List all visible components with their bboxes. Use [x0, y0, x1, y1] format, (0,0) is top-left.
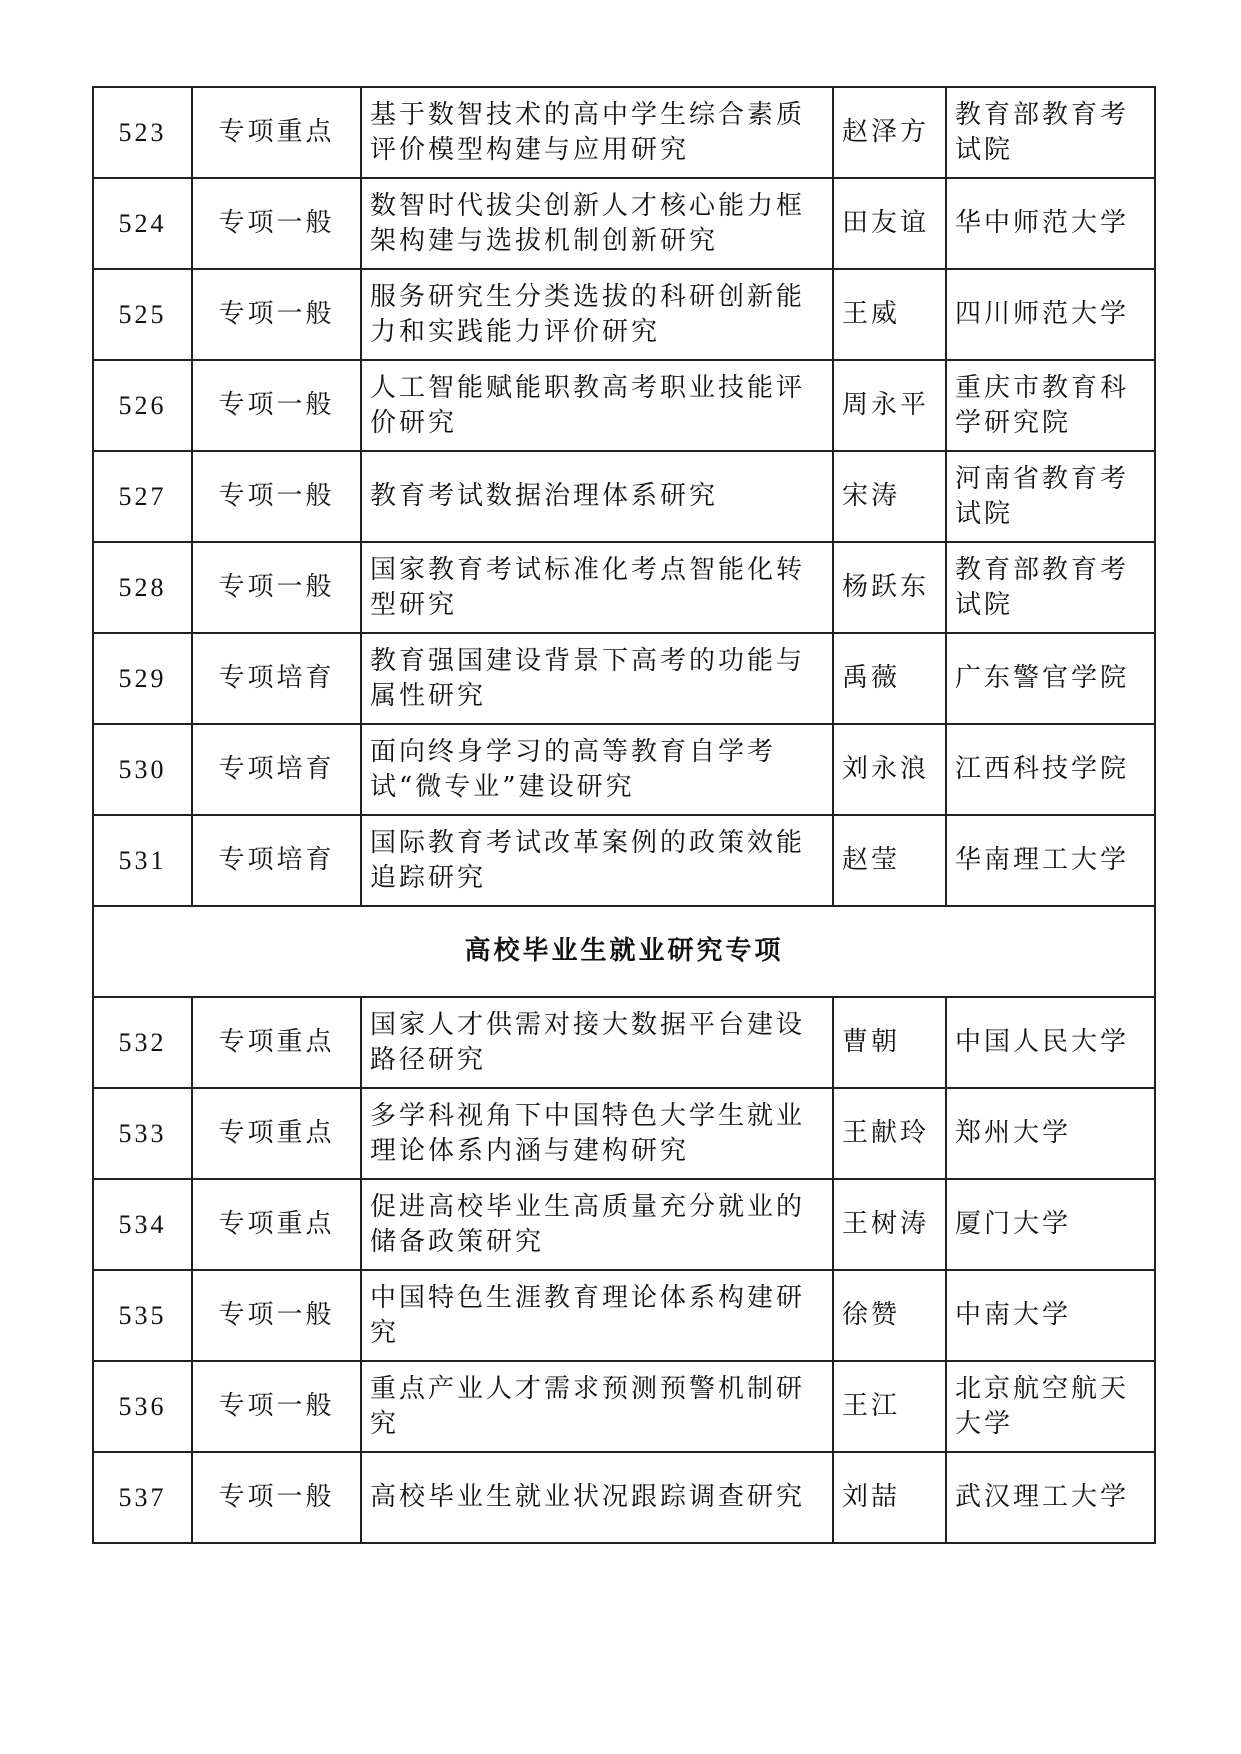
cell-institution: 武汉理工大学	[946, 1452, 1155, 1543]
table-row: 537 专项一般 高校毕业生就业状况跟踪调查研究 刘喆 武汉理工大学	[93, 1452, 1155, 1543]
cell-number: 536	[93, 1361, 192, 1452]
cell-institution: 华中师范大学	[946, 178, 1155, 269]
cell-principal: 刘喆	[833, 1452, 946, 1543]
cell-category: 专项培育	[192, 815, 361, 906]
cell-category: 专项一般	[192, 178, 361, 269]
cell-project-title: 服务研究生分类选拔的科研创新能力和实践能力评价研究	[361, 269, 833, 360]
cell-number: 524	[93, 178, 192, 269]
table-row: 526 专项一般 人工智能赋能职教高考职业技能评价研究 周永平 重庆市教育科学研…	[93, 360, 1155, 451]
section-header-group: 高校毕业生就业研究专项	[93, 906, 1155, 997]
cell-principal: 王威	[833, 269, 946, 360]
cell-institution: 华南理工大学	[946, 815, 1155, 906]
table-row: 527 专项一般 教育考试数据治理体系研究 宋涛 河南省教育考试院	[93, 451, 1155, 542]
cell-number: 530	[93, 724, 192, 815]
cell-institution: 河南省教育考试院	[946, 451, 1155, 542]
table-row: 531 专项培育 国际教育考试改革案例的政策效能追踪研究 赵莹 华南理工大学	[93, 815, 1155, 906]
cell-principal: 王献玲	[833, 1088, 946, 1179]
cell-number: 533	[93, 1088, 192, 1179]
cell-project-title: 数智时代拔尖创新人才核心能力框架构建与选拔机制创新研究	[361, 178, 833, 269]
cell-category: 专项一般	[192, 1270, 361, 1361]
cell-category: 专项重点	[192, 997, 361, 1088]
cell-category: 专项一般	[192, 451, 361, 542]
cell-category: 专项一般	[192, 1452, 361, 1543]
table-row: 528 专项一般 国家教育考试标准化考点智能化转型研究 杨跃东 教育部教育考试院	[93, 542, 1155, 633]
cell-category: 专项培育	[192, 633, 361, 724]
cell-category: 专项培育	[192, 724, 361, 815]
cell-institution: 教育部教育考试院	[946, 87, 1155, 178]
cell-principal: 田友谊	[833, 178, 946, 269]
cell-project-title: 基于数智技术的高中学生综合素质评价模型构建与应用研究	[361, 87, 833, 178]
cell-project-title: 人工智能赋能职教高考职业技能评价研究	[361, 360, 833, 451]
cell-institution: 中南大学	[946, 1270, 1155, 1361]
cell-institution: 重庆市教育科学研究院	[946, 360, 1155, 451]
cell-project-title: 高校毕业生就业状况跟踪调查研究	[361, 1452, 833, 1543]
cell-institution: 中国人民大学	[946, 997, 1155, 1088]
cell-project-title: 教育强国建设背景下高考的功能与属性研究	[361, 633, 833, 724]
table-row: 533 专项重点 多学科视角下中国特色大学生就业理论体系内涵与建构研究 王献玲 …	[93, 1088, 1155, 1179]
table-body-exam-section: 523 专项重点 基于数智技术的高中学生综合素质评价模型构建与应用研究 赵泽方 …	[93, 87, 1155, 906]
section-title: 高校毕业生就业研究专项	[93, 906, 1155, 997]
table-row: 525 专项一般 服务研究生分类选拔的科研创新能力和实践能力评价研究 王威 四川…	[93, 269, 1155, 360]
table-body-employment-section: 532 专项重点 国家人才供需对接大数据平台建设路径研究 曹朝 中国人民大学 5…	[93, 997, 1155, 1543]
cell-number: 523	[93, 87, 192, 178]
cell-project-title: 中国特色生涯教育理论体系构建研究	[361, 1270, 833, 1361]
cell-principal: 禹薇	[833, 633, 946, 724]
table-row: 532 专项重点 国家人才供需对接大数据平台建设路径研究 曹朝 中国人民大学	[93, 997, 1155, 1088]
cell-principal: 宋涛	[833, 451, 946, 542]
cell-project-title: 国家教育考试标准化考点智能化转型研究	[361, 542, 833, 633]
cell-number: 529	[93, 633, 192, 724]
table-row: 535 专项一般 中国特色生涯教育理论体系构建研究 徐赞 中南大学	[93, 1270, 1155, 1361]
cell-institution: 厦门大学	[946, 1179, 1155, 1270]
cell-number: 526	[93, 360, 192, 451]
cell-number: 532	[93, 997, 192, 1088]
cell-principal: 徐赞	[833, 1270, 946, 1361]
cell-project-title: 国家人才供需对接大数据平台建设路径研究	[361, 997, 833, 1088]
cell-number: 537	[93, 1452, 192, 1543]
cell-project-title: 多学科视角下中国特色大学生就业理论体系内涵与建构研究	[361, 1088, 833, 1179]
table-row: 536 专项一般 重点产业人才需求预测预警机制研究 王江 北京航空航天大学	[93, 1361, 1155, 1452]
cell-principal: 杨跃东	[833, 542, 946, 633]
cell-institution: 四川师范大学	[946, 269, 1155, 360]
cell-project-title: 国际教育考试改革案例的政策效能追踪研究	[361, 815, 833, 906]
cell-principal: 赵莹	[833, 815, 946, 906]
cell-category: 专项重点	[192, 1088, 361, 1179]
cell-institution: 教育部教育考试院	[946, 542, 1155, 633]
cell-principal: 赵泽方	[833, 87, 946, 178]
cell-principal: 王树涛	[833, 1179, 946, 1270]
cell-project-title: 面向终身学习的高等教育自学考试“微专业”建设研究	[361, 724, 833, 815]
cell-principal: 曹朝	[833, 997, 946, 1088]
cell-principal: 刘永浪	[833, 724, 946, 815]
cell-number: 535	[93, 1270, 192, 1361]
cell-category: 专项一般	[192, 360, 361, 451]
project-list-table: 523 专项重点 基于数智技术的高中学生综合素质评价模型构建与应用研究 赵泽方 …	[92, 86, 1156, 1544]
cell-category: 专项一般	[192, 269, 361, 360]
cell-number: 534	[93, 1179, 192, 1270]
cell-project-title: 重点产业人才需求预测预警机制研究	[361, 1361, 833, 1452]
table-row: 529 专项培育 教育强国建设背景下高考的功能与属性研究 禹薇 广东警官学院	[93, 633, 1155, 724]
cell-principal: 王江	[833, 1361, 946, 1452]
table-row: 524 专项一般 数智时代拔尖创新人才核心能力框架构建与选拔机制创新研究 田友谊…	[93, 178, 1155, 269]
cell-institution: 广东警官学院	[946, 633, 1155, 724]
cell-category: 专项重点	[192, 87, 361, 178]
cell-number: 525	[93, 269, 192, 360]
cell-principal: 周永平	[833, 360, 946, 451]
section-header-row: 高校毕业生就业研究专项	[93, 906, 1155, 997]
cell-category: 专项一般	[192, 1361, 361, 1452]
cell-institution: 郑州大学	[946, 1088, 1155, 1179]
cell-project-title: 促进高校毕业生高质量充分就业的储备政策研究	[361, 1179, 833, 1270]
cell-institution: 江西科技学院	[946, 724, 1155, 815]
cell-institution: 北京航空航天大学	[946, 1361, 1155, 1452]
table-row: 534 专项重点 促进高校毕业生高质量充分就业的储备政策研究 王树涛 厦门大学	[93, 1179, 1155, 1270]
cell-number: 531	[93, 815, 192, 906]
cell-number: 528	[93, 542, 192, 633]
cell-category: 专项重点	[192, 1179, 361, 1270]
cell-category: 专项一般	[192, 542, 361, 633]
table-row: 523 专项重点 基于数智技术的高中学生综合素质评价模型构建与应用研究 赵泽方 …	[93, 87, 1155, 178]
cell-project-title: 教育考试数据治理体系研究	[361, 451, 833, 542]
cell-number: 527	[93, 451, 192, 542]
table-row: 530 专项培育 面向终身学习的高等教育自学考试“微专业”建设研究 刘永浪 江西…	[93, 724, 1155, 815]
